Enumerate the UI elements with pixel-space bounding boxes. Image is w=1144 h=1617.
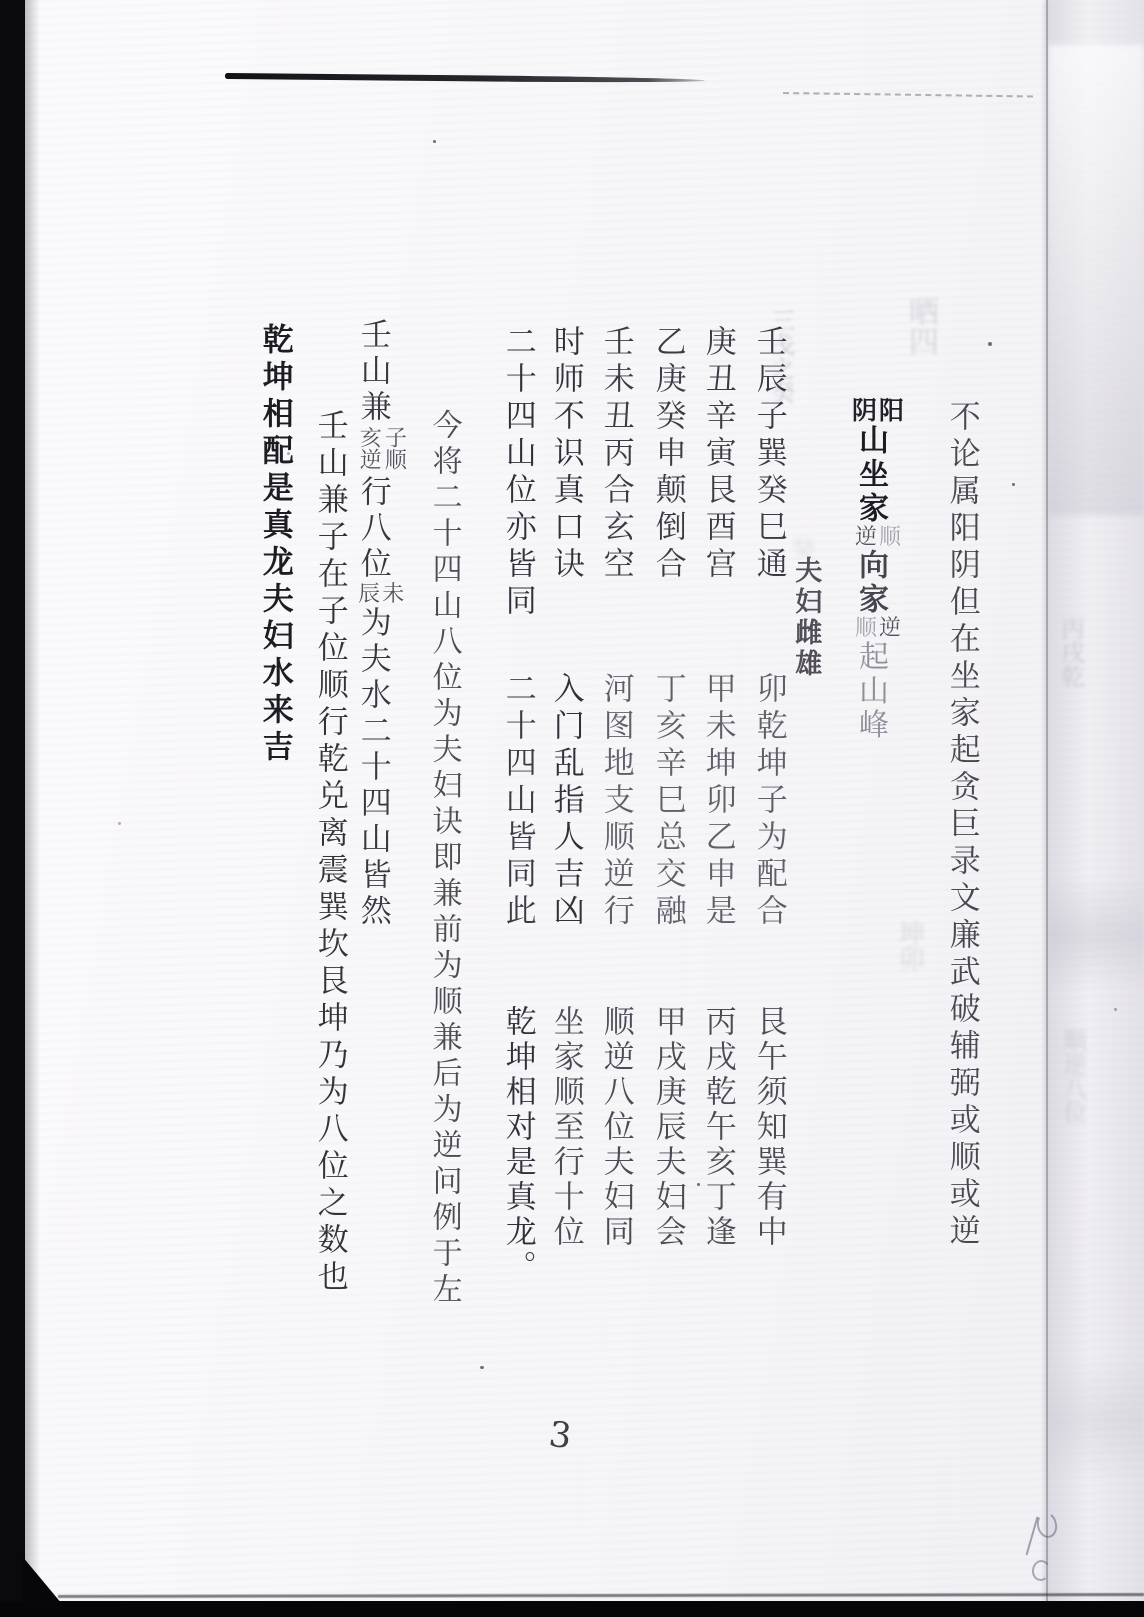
example-rule-column: 壬山兼亥逆子顺行八位辰未为夫水二十四山皆然 [355,318,441,930]
verse-segment: 二十四山皆同此 [500,672,535,931]
ink-speck [1012,483,1015,486]
example-head: 壬山兼 [355,318,391,426]
ink-speck [287,452,290,455]
siting-segment-2: 向家 [853,549,888,617]
example-tail: 为夫水二十四山皆然 [355,606,391,930]
fold-sheen [1048,880,1144,990]
ordinal-pair-2: 顺逆 [854,617,902,640]
verse-segment: 艮午须知巽有中 [751,1005,786,1250]
ordinal-pair-1: 逆顺 [854,526,902,549]
fold-sheen [1048,1360,1144,1480]
reverse-character: 逆 [854,526,878,549]
verse-segment: 入门乱指人吉凶 [548,672,583,931]
yang-character: 阳 [878,398,905,424]
yin-yang-pair: 阴阳 [851,398,905,424]
branch-a-left: 亥逆 [356,426,381,470]
verse-segment: 时师不识真口诀 [548,325,583,584]
verse-segment: 壬未丑丙合玄空 [598,325,633,584]
corner-shadow [22,1556,62,1604]
branch-b-right: 未 [381,583,405,606]
ink-speck [480,1366,484,1369]
verse-segment: 丙戌乾午亥丁逢 [700,1005,735,1250]
intro-column: 不论属阳阴但在坐家起贪巨录文廉武破辅弼或顺或逆 [944,400,979,1251]
verse-segment: 坐家顺至行十位 [548,1005,583,1250]
fold-sheen [1048,45,1144,515]
verse-segment: 卯乾坤子为配合 [751,672,786,931]
siting-segment-1: 山坐家 [853,424,888,526]
siting-segment-3: 起山峰 [853,640,888,742]
forward-character: 顺 [878,526,902,549]
branch-b-left: 辰 [357,583,381,606]
paper-left-edge-shadow [25,0,40,1601]
branch-pair-b: 辰未 [357,583,405,606]
verse-segment: 丁亥辛巳总交融 [650,672,685,931]
ink-speck [118,822,121,825]
verse-segment: 二十四山位亦皆同 [500,325,535,621]
closing-line-column: 乾坤相配是真龙夫妇水来吉 [257,323,292,767]
couple-subtitle: 夫妇雌雄 [790,556,820,680]
verse-segment: 甲戌庚辰夫妇会 [650,1005,685,1250]
ink-speck [697,1183,700,1186]
yin-character: 阴 [851,398,878,424]
verse-segment: 河图地支顺逆行 [598,672,633,931]
scan-left-border [0,0,25,1617]
branch-a-right: 子顺 [381,426,406,470]
ink-speck [988,342,992,346]
ink-speck [1114,1008,1117,1011]
reverse-character: 逆 [878,617,902,640]
example-expansion-column: 壬山兼子在子位顺行乾兑离震巽坎艮坤乃为八位之数也 [312,409,347,1297]
forward-character: 顺 [854,617,878,640]
verse-segment: 庚丑辛寅艮酉宫 [700,325,735,584]
verse-segment: 顺逆八位夫妇同 [598,1005,633,1250]
fold-crease [1046,0,1048,1601]
scan-bottom-border [0,1602,1144,1617]
verse-segment: 壬辰子巽癸巳通 [751,325,786,584]
siting-rule-column: 阴阳山坐家逆顺向家顺逆起山峰 [851,398,939,742]
ink-speck [433,140,436,143]
verse-segment: 乾坤相对是真龙。 [500,1005,535,1285]
verse-segment: 乙庚癸申颠倒合 [650,325,685,584]
scanned-page: 三戋之癸 晒四 坤卯 丙戌乾 顺逆八位 癸 不论属阳阴但在坐家起贪巨录文廉武破辅… [0,0,1144,1617]
branch-pair-a: 亥逆子顺 [356,426,406,475]
example-mid: 行八位 [355,475,391,583]
verse-segment: 甲未坤卯乙申是 [700,672,735,931]
